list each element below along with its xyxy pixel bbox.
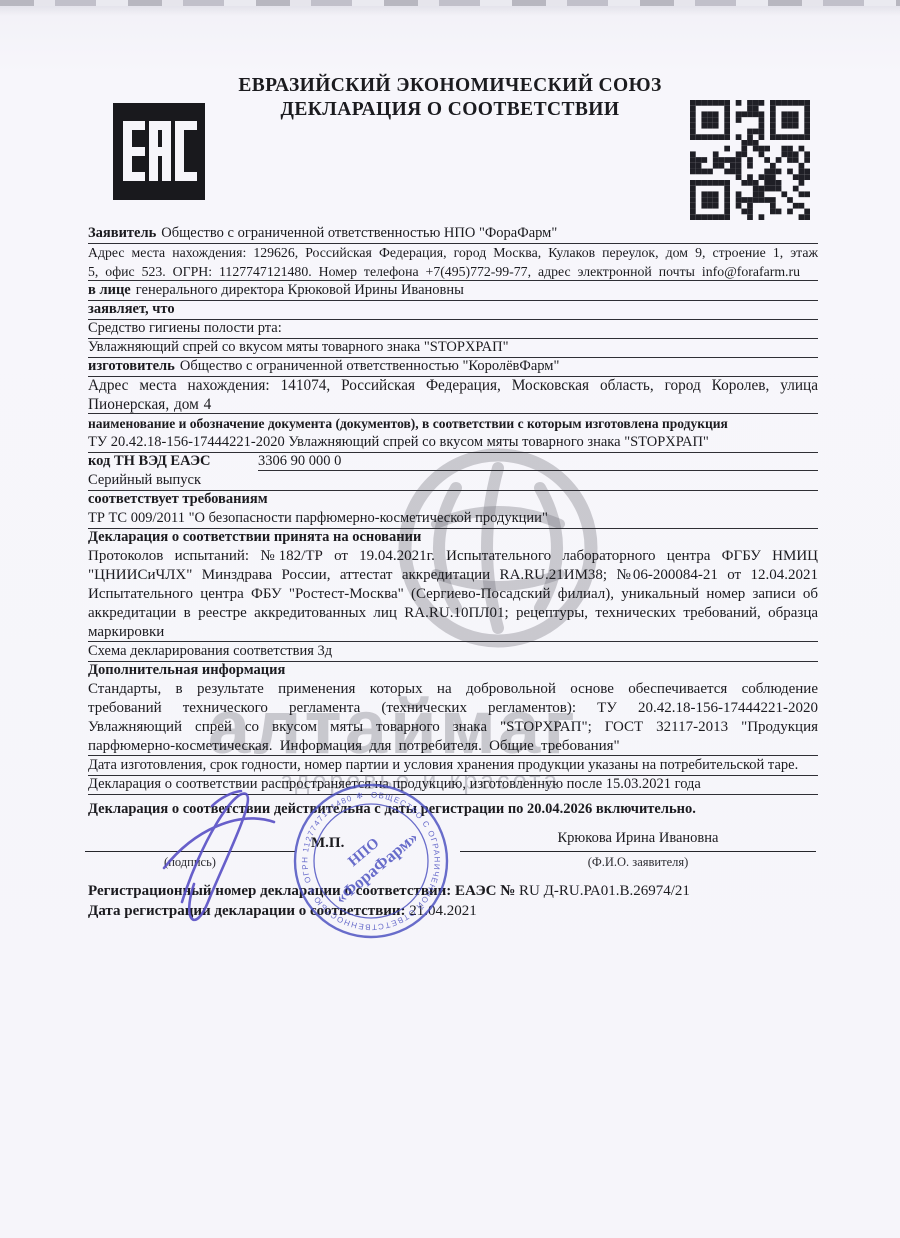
qr-code xyxy=(690,100,810,220)
field-additional-text: Стандарты, в результате применения котор… xyxy=(88,680,818,756)
applicant-label: Заявитель xyxy=(88,225,161,241)
field-product-name: Увлажняющий спрей со вкусом мяты товарно… xyxy=(88,338,818,358)
field-manufacturer-address: Адрес места нахождения: 141074, Российск… xyxy=(88,376,818,414)
title-union: ЕВРАЗИЙСКИЙ ЭКОНОМИЧЕСКИЙ СОЮЗ xyxy=(0,74,900,98)
represented-value: генерального директора Крюковой Ирины Ив… xyxy=(136,282,464,298)
fio-caption: (Ф.И.О. заявителя) xyxy=(460,855,816,870)
field-represented-by: в лицегенерального директора Крюковой Ир… xyxy=(88,281,818,301)
applicant-value: Общество с ограниченной ответственностью… xyxy=(161,225,557,241)
reg-number-value: RU Д-RU.РА01.В.26974/21 xyxy=(519,883,690,899)
heading-additional: Дополнительная информация xyxy=(88,661,818,680)
heading-complies: соответствует требованиям xyxy=(88,490,818,509)
field-serial: Серийный выпуск xyxy=(88,471,818,491)
stamp-org-line2: «ФораФарм» xyxy=(331,827,421,907)
field-docs-value: ТУ 20.42.18-156-17444221-2020 Увлажняющи… xyxy=(88,433,818,453)
heading-basis: Декларация о соответствии принята на осн… xyxy=(88,528,818,547)
field-manufacturer: изготовительОбщество с ограниченной отве… xyxy=(88,357,818,377)
field-basis-text: Протоколов испытаний: №182/ТР от 19.04.2… xyxy=(88,547,818,642)
manufacturer-label: изготовитель xyxy=(88,358,180,374)
heading-docs: наименование и обозначение документа (до… xyxy=(88,414,818,433)
field-complies-value: ТР ТС 009/2011 "О безопасности парфюмерн… xyxy=(88,509,818,529)
declaration-document: алтаймаг здоровье и красота ЕВРАЗИЙСКИЙ … xyxy=(0,0,900,1238)
fio-line xyxy=(460,851,816,852)
tnved-label: код ТН ВЭД ЕАЭС xyxy=(88,452,258,471)
text-layer: ЕВРАЗИЙСКИЙ ЭКОНОМИЧЕСКИЙ СОЮЗ ДЕКЛАРАЦИ… xyxy=(0,0,900,1238)
tnved-value: 3306 90 000 0 xyxy=(258,452,818,471)
field-product-type: Средство гигиены полости рта: xyxy=(88,319,818,339)
manufacturer-value: Общество с ограниченной ответственностью… xyxy=(180,358,560,374)
field-tnved: код ТН ВЭД ЕАЭС3306 90 000 0 xyxy=(88,452,818,471)
eac-mark-icon xyxy=(113,103,205,200)
field-applicant-address: Адрес места нахождения: 129626, Российск… xyxy=(88,243,818,281)
field-declares: заявляет, что xyxy=(88,300,818,320)
field-scheme: Схема декларирования соответствия 3д xyxy=(88,642,818,662)
represented-label: в лице xyxy=(88,282,136,298)
field-applicant: ЗаявительОбщество с ограниченной ответст… xyxy=(88,224,818,244)
applicant-fio: Крюкова Ирина Ивановна xyxy=(460,830,816,847)
handwritten-signature xyxy=(142,772,332,927)
